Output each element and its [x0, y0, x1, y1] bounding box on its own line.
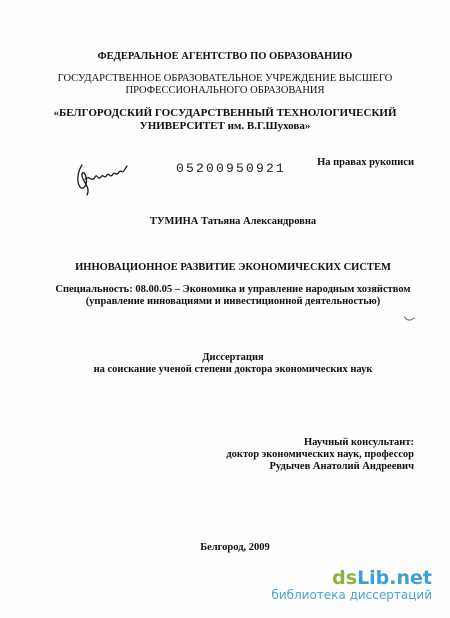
degree-purpose: на соискание ученой степени доктора экон…	[8, 364, 450, 376]
place-year: Белгород, 2009	[10, 542, 450, 554]
dissertation-title: ИННОВАЦИОННОЕ РАЗВИТИЕ ЭКОНОМИЧЕСКИХ СИС…	[8, 262, 450, 274]
institution-line-2: ПРОФЕССИОНАЛЬНОГО ОБРАЗОВАНИЯ	[0, 85, 450, 97]
consultant-name: Рудычев Анатолий Андреевич	[270, 461, 415, 473]
agency-heading: ФЕДЕРАЛЬНОЕ АГЕНТСТВО ПО ОБРАЗОВАНИЮ	[0, 51, 450, 63]
university-line-2: УНИВЕРСИТЕТ им. В.Г.Шухова»	[0, 120, 450, 132]
manuscript-rights-label: На правах рукописи	[317, 157, 414, 169]
degree-type: Диссертация	[8, 352, 450, 364]
watermark-subtitle: библиотека диссертаций	[271, 588, 432, 602]
watermark-logo-ds: ds	[332, 567, 357, 589]
specialty-line-2: (управление инновациями и инвестиционной…	[8, 296, 450, 308]
consultant-label: Научный консультант:	[304, 437, 414, 449]
document-number: 05200950921	[176, 161, 286, 176]
scan-mark	[404, 312, 415, 323]
signature-icon	[70, 155, 140, 200]
author-name: ТУМИНА Татьяна Александровна	[8, 216, 450, 228]
watermark-logo-lib: Lib.net	[357, 567, 432, 589]
dslib-watermark[interactable]: dsLib.net библиотека диссертаций	[271, 568, 432, 602]
specialty-line-1: Специальность: 08.00.05 – Экономика и уп…	[8, 284, 450, 296]
document-page: ФЕДЕРАЛЬНОЕ АГЕНТСТВО ПО ОБРАЗОВАНИЮ ГОС…	[0, 0, 450, 618]
institution-line-1: ГОСУДАРСТВЕННОЕ ОБРАЗОВАТЕЛЬНОЕ УЧРЕЖДЕН…	[0, 73, 450, 85]
watermark-logo: dsLib.net	[271, 568, 432, 588]
university-line-1: «БЕЛГОРОДСКИЙ ГОСУДАРСТВЕННЫЙ ТЕХНОЛОГИЧ…	[0, 107, 450, 119]
consultant-credentials: доктор экономических наук, профессор	[226, 449, 414, 461]
